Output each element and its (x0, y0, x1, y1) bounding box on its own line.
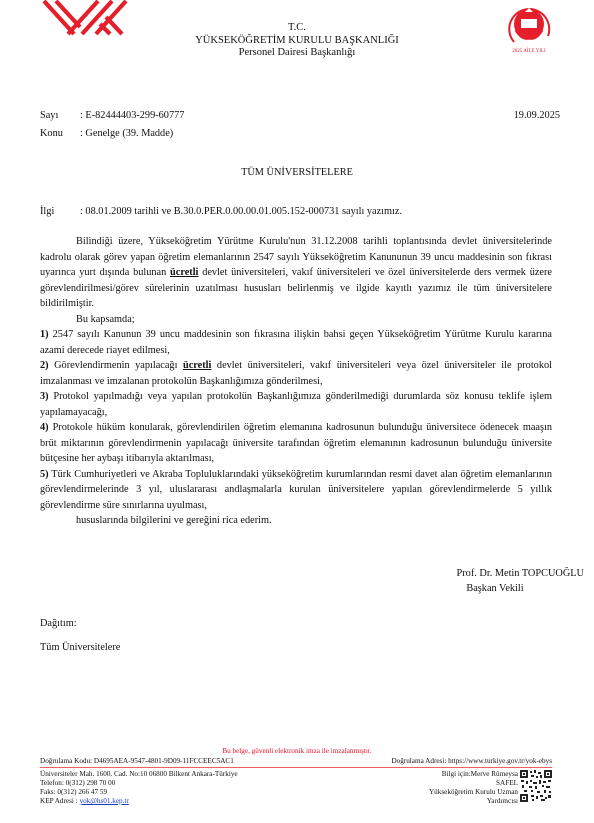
sayi-value: : E-82444403-299-60777 (80, 110, 184, 121)
fax-number: Faks: 0(312) 266 47 59 (40, 788, 238, 797)
header-department: Personel Dairesi Başkanlığı (0, 47, 594, 60)
signatory-title: Başkan Vekili (400, 581, 590, 596)
list-item-5: 5) Türk Cumhuriyetleri ve Akraba Toplulu… (40, 467, 552, 514)
sayi-label: Sayı (40, 110, 80, 121)
header-institution: YÜKSEKÖĞRETİM KURULU BAŞKANLIĞI (0, 35, 594, 48)
phone-number: Telefon: 0(312) 298 70 00 (40, 779, 238, 788)
kep-address: KEP Adresi : yok@hs01.kep.tr (40, 797, 238, 806)
verification-code: Doğrulama Kodu: D4695AEA-9547-4801-9D09-… (40, 757, 234, 765)
signature-block: Prof. Dr. Metin TOPCUOĞLU Başkan Vekili (400, 566, 590, 596)
distribution-value: Tüm Üniversitelere (40, 636, 120, 660)
list-item-2: 2) Görevlendirmenin yapılacağı ücretli d… (40, 358, 552, 389)
contact-address-block: Üniversiteler Mah. 1600. Cad. No:10 0680… (40, 770, 238, 806)
list-item-4: 4) Protokole hüküm konularak, görevlendi… (40, 420, 552, 467)
contact-person-block: Bilgi için:Merve Rümeysa SAFEL Yükseköğr… (429, 770, 518, 806)
recipient-heading: TÜM ÜNİVERSİTELERE (0, 167, 594, 178)
list-item-3: 3) Protokol yapılmadığı veya yapılan pro… (40, 389, 552, 420)
postal-address: Üniversiteler Mah. 1600. Cad. No:10 0680… (40, 770, 238, 779)
header-line-tc: T.C. (0, 22, 594, 35)
kep-email-link[interactable]: yok@hs01.kep.tr (79, 797, 128, 805)
document-date: 19.09.2025 (514, 110, 560, 121)
distribution-label: Dağıtım: (40, 612, 120, 636)
emphasis-ucretli: ücretli (170, 267, 198, 278)
distribution-block: Dağıtım: Tüm Üniversitelere (40, 612, 120, 660)
ilgi-row: İlgi : 08.01.2009 tarihli ve B.30.0.PER.… (40, 206, 560, 217)
emphasis-ucretli: ücretli (183, 360, 211, 371)
esign-notice: Bu belge, güvenli elektronik imza ile im… (0, 747, 594, 755)
letterhead: T.C. YÜKSEKÖĞRETİM KURULU BAŞKANLIĞI Per… (0, 22, 594, 60)
ilgi-label: İlgi (40, 206, 80, 217)
sayi-row: Sayı : E-82444403-299-60777 19.09.2025 (40, 110, 560, 121)
verification-address: Doğrulama Adresi: https://www.turkiye.go… (391, 757, 552, 765)
verification-row: Doğrulama Kodu: D4695AEA-9547-4801-9D09-… (40, 757, 552, 765)
qr-code-icon (520, 770, 552, 802)
konu-row: Konu : Genelge (39. Madde) (40, 128, 560, 139)
konu-value: : Genelge (39. Madde) (80, 128, 173, 139)
signatory-name: Prof. Dr. Metin TOPCUOĞLU (400, 566, 590, 581)
footer-divider (40, 767, 552, 768)
paragraph-scope: Bu kapsamda; (40, 312, 552, 328)
konu-label: Konu (40, 128, 80, 139)
list-item-1: 1) 2547 sayılı Kanunun 39 uncu maddesini… (40, 327, 552, 358)
closing-line: hususlarında bilgilerini ve gereğini ric… (40, 513, 552, 529)
letter-body: Bilindiği üzere, Yükseköğretim Yürütme K… (40, 234, 552, 529)
paragraph-intro: Bilindiği üzere, Yükseköğretim Yürütme K… (40, 234, 552, 312)
ilgi-value: : 08.01.2009 tarihli ve B.30.0.PER.0.00.… (80, 206, 402, 217)
